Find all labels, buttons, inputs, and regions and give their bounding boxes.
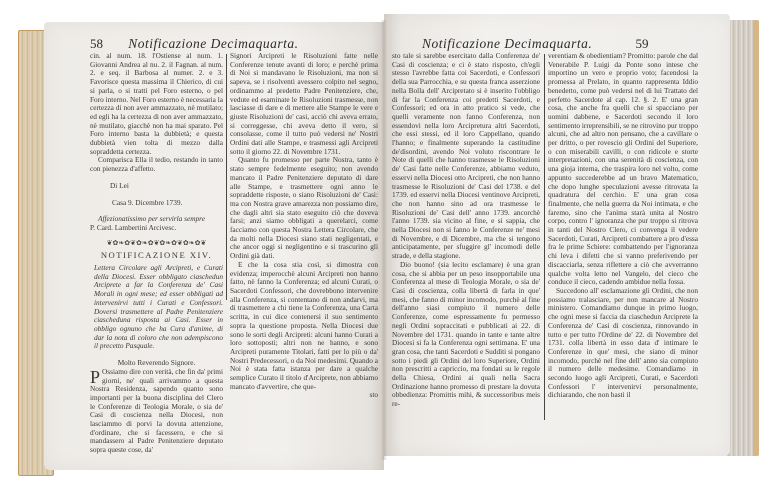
right-page-column-2: verentiam & obedientiam? Promitto: parol… — [548, 52, 698, 400]
paragraph: Signori Arcipreti le Risoluzioni fatte n… — [230, 52, 378, 156]
running-head-title-right: Notificazione Decimaquarta. — [422, 36, 592, 51]
paragraph: Succedono all' esclamazione gli Ordini, … — [548, 287, 698, 400]
signature-line-2: P. Card. Lambertini Arcivesc. — [90, 224, 223, 233]
continuation-text: cin. al num. 18. l'Ostiense al num. 1. G… — [90, 52, 223, 156]
running-head-title-left: Notificazione Decimaquarta. — [128, 36, 298, 51]
paragraph: Quanto fu promesso per parte Nostra, tan… — [230, 156, 378, 260]
paragraph: Dio buono! (sia lecito esclamare) è una … — [392, 261, 540, 409]
paragraph: sto tale si sarebbe esercitato dalla Con… — [392, 52, 540, 261]
paragraph: verentiam & obedientiam? Promitto: parol… — [548, 52, 698, 287]
catchword: sto — [230, 391, 378, 400]
left-page-column-2: Signori Arcipreti le Risoluzioni fatte n… — [230, 52, 378, 400]
ornament-divider: ❦✿❧✿❦✿❧✿❦✿❧✿❦✿❧✿❦ — [90, 239, 223, 248]
fore-edge-right — [725, 20, 759, 456]
page-number-left: 58 — [90, 36, 103, 51]
left-page-column-1: cin. al num. 18. l'Ostiense al num. 1. G… — [90, 52, 223, 455]
open-book: 58 Notificazione Decimaquarta. Notificaz… — [0, 0, 768, 489]
closing-paragraph: Comparisca Ella il tedio, restando in ta… — [90, 156, 223, 173]
book-gutter — [381, 20, 387, 460]
paragraph: E che la cosa stia così, si dimostra con… — [230, 261, 378, 392]
letter-body-text: Ossiamo dire con verità, che fin da' pri… — [90, 367, 223, 454]
page-number-right: 59 — [635, 36, 648, 51]
section-heading: NOTIFICAZIONE XIV. — [90, 251, 223, 260]
drop-cap: P — [90, 369, 100, 385]
right-page-column-1: sto tale si sarebbe esercitato dalla Con… — [392, 52, 540, 409]
section-summary: Lettera Circolare agli Arcipreti, e Cura… — [90, 264, 223, 351]
left-running-head: 58 Notificazione Decimaquarta. — [90, 36, 298, 52]
right-running-head: Notificazione Decimaquarta. 59 — [422, 36, 648, 52]
column-rule-left — [226, 54, 227, 300]
letter-body-start: POssiamo dire con verità, che fin da' pr… — [90, 368, 223, 455]
column-rule-right — [544, 54, 545, 420]
date-line: Casa 9. Dicembre 1739. — [90, 199, 223, 208]
salutation: Di Lei — [90, 182, 223, 191]
